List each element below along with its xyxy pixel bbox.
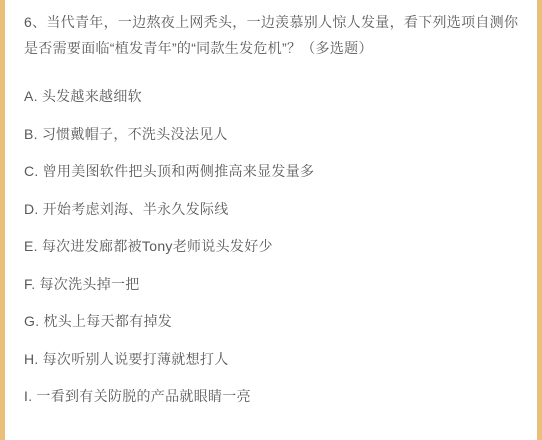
option-c-text: 曾用美图软件把头顶和两侧推高来显发量多 bbox=[43, 163, 315, 179]
option-g[interactable]: G.枕头上每天都有掉发 bbox=[24, 310, 523, 332]
option-g-text: 枕头上每天都有掉发 bbox=[43, 313, 172, 329]
option-i-label: I. bbox=[24, 388, 32, 404]
option-c-label: C. bbox=[24, 163, 39, 179]
option-f[interactable]: F.每次洗头掉一把 bbox=[24, 273, 523, 295]
option-i[interactable]: I.一看到有关防脱的产品就眼睛一亮 bbox=[24, 385, 523, 407]
option-d-label: D. bbox=[24, 201, 39, 217]
option-b-label: B. bbox=[24, 126, 38, 142]
option-f-text: 每次洗头掉一把 bbox=[40, 276, 140, 292]
option-i-text: 一看到有关防脱的产品就眼睛一亮 bbox=[36, 388, 251, 404]
option-f-label: F. bbox=[24, 276, 36, 292]
option-a-text: 头发越来越细软 bbox=[42, 88, 142, 104]
option-c[interactable]: C.曾用美图软件把头顶和两侧推高来显发量多 bbox=[24, 160, 523, 182]
option-e-label: E. bbox=[24, 238, 38, 254]
option-d-text: 开始考虑刘海、半永久发际线 bbox=[43, 201, 229, 217]
question-text: 6、当代青年，一边熬夜上网秃头，一边羡慕别人惊人发量，看下列选项自测你是否需要面… bbox=[24, 9, 523, 61]
option-d[interactable]: D.开始考虑刘海、半永久发际线 bbox=[24, 198, 523, 220]
card-content: 6、当代青年，一边熬夜上网秃头，一边羡慕别人惊人发量，看下列选项自测你是否需要面… bbox=[5, 0, 537, 407]
options-list: A.头发越来越细软 B.习惯戴帽子，不洗头没法见人 C.曾用美图软件把头顶和两侧… bbox=[24, 85, 523, 407]
option-h[interactable]: H.每次听别人说要打薄就想打人 bbox=[24, 348, 523, 370]
option-h-label: H. bbox=[24, 351, 39, 367]
option-b-text: 习惯戴帽子，不洗头没法见人 bbox=[42, 126, 228, 142]
option-a-label: A. bbox=[24, 88, 38, 104]
option-a[interactable]: A.头发越来越细软 bbox=[24, 85, 523, 107]
option-h-text: 每次听别人说要打薄就想打人 bbox=[43, 351, 229, 367]
option-e[interactable]: E.每次进发廊都被Tony老师说头发好少 bbox=[24, 235, 523, 257]
survey-question-card: 6、当代青年，一边熬夜上网秃头，一边羡慕别人惊人发量，看下列选项自测你是否需要面… bbox=[0, 0, 542, 440]
option-e-text: 每次进发廊都被Tony老师说头发好少 bbox=[42, 238, 273, 254]
option-b[interactable]: B.习惯戴帽子，不洗头没法见人 bbox=[24, 123, 523, 145]
option-g-label: G. bbox=[24, 313, 39, 329]
